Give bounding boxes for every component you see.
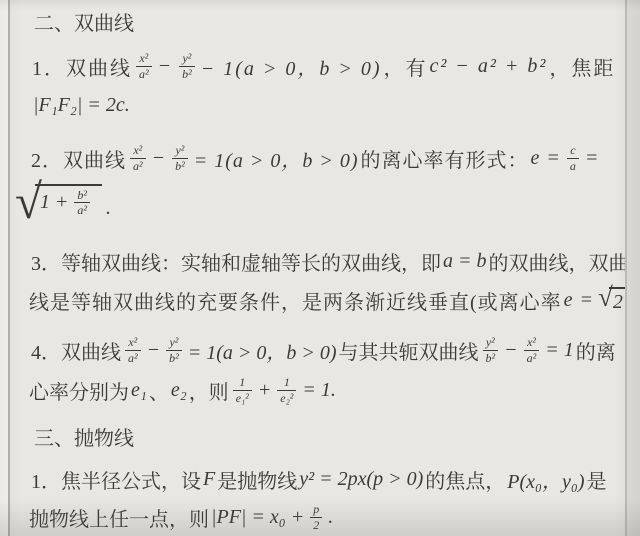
math-run: − [145,339,163,362]
math-run: 1 + [38,191,71,214]
fraction-numerator: c [567,144,578,158]
math-run: e₂ [169,379,189,402]
text-run: 3．等轴双曲线：实轴和虚轴等长的双曲线，即 [31,247,441,276]
math-run: |PF| = x₀ + [209,506,306,529]
text-run: 心率分别为 [29,376,129,405]
fraction-numerator: x² [125,336,140,350]
math-run: = 1. [300,379,338,402]
fraction-denominator: a [567,158,579,173]
fraction: x²a² [125,336,141,365]
fraction: x²a² [136,52,152,81]
fraction-denominator: e₁² [233,390,252,405]
math-run: a = b [441,250,489,273]
text-run: 线是等轴双曲线的充要条件，是两条渐近线垂直(或离心率 [29,286,562,315]
text-run: 的焦点， [425,465,505,494]
math-run: − [150,147,169,170]
radical-icon: √ [15,177,42,226]
item1-line1: 1．双曲线x²a²−y²b²− 1(a > 0，b > 0)，有c² − a² … [32,44,615,88]
fraction: 1e₂² [277,376,296,405]
item4-line1: 4．双曲线x²a²−y²b²= 1(a > 0，b > 0)与其共轭双曲线y²b… [31,328,616,372]
text-run: 、 [149,376,169,405]
math-run: y² = 2px(p > 0) [297,468,425,491]
item1-line2: |F₁F₂| = 2c. [31,87,132,123]
item5-line2: 抛物线上任一点，则|PF| = x₀ +p2. [29,495,335,536]
math-run: − 1(a > 0，b > 0) [199,52,384,81]
fraction: 1e₁² [233,376,252,405]
item5-line1: 1．焦半径公式，设F是抛物线y² = 2px(p > 0)的焦点，P(x₀，y₀… [31,461,606,497]
math-run: − [502,339,520,362]
document-body: 二、双曲线1．双曲线x²a²−y²b²− 1(a > 0，b > 0)，有c² … [0,0,640,536]
page-right-margin [627,0,640,536]
fraction-numerator: y² [179,52,194,66]
fraction-denominator: a² [136,66,152,81]
fraction-denominator: b² [483,350,499,365]
item3-line2: 线是等轴双曲线的充要条件，是两条渐近线垂直(或离心率e =√2). [29,282,640,318]
fraction-denominator: 2 [310,517,322,532]
item2-line1: 2．双曲线x²a²−y²b²= 1(a > 0，b > 0)的离心率有形式：e … [31,136,601,180]
fraction-denominator: b² [179,66,195,81]
fraction: p2 [310,503,322,532]
fraction-denominator: b² [172,158,188,173]
fraction-denominator: e₂² [277,390,296,405]
math-run: = 1(a > 0，b > 0) [192,144,361,173]
text-run: 与其共轭双曲线 [339,336,479,365]
fraction: y²b² [166,336,182,365]
math-run: . [104,197,113,220]
fraction-numerator: y² [483,336,498,350]
fraction-numerator: x² [130,144,145,158]
fraction-denominator: a² [524,350,540,365]
heading-parabola: 三、抛物线 [34,418,134,454]
photo-page: 二、双曲线1．双曲线x²a²−y²b²− 1(a > 0，b > 0)，有c² … [0,0,640,536]
fraction: ca [567,144,579,173]
radicand: 1 +b²a² [35,184,102,218]
text-run: 的离 [576,336,616,365]
math-run: F [201,468,217,491]
text-run: 三、抛物线 [34,422,134,451]
fraction: x²a² [524,336,540,365]
radical-icon: √ [598,283,613,310]
fraction-numerator: b² [74,189,90,203]
math-run: 2 [611,291,626,314]
fraction: x²a² [130,144,146,173]
fraction: y²b² [179,52,195,81]
fraction-numerator: 1 [236,376,248,390]
fraction-numerator: 1 [281,376,293,390]
text-run: ，则 [189,376,229,405]
fraction: b²a² [74,189,90,218]
fraction-numerator: x² [136,52,151,66]
fraction-numerator: x² [524,336,539,350]
item4-line2: 心率分别为e₁、e₂，则1e₁²+1e₂²= 1. [29,368,338,412]
item2-line2: √1 +b²a². [13,183,113,233]
text-run: 的双曲线，双曲 [489,247,629,276]
math-run: = 1 [543,339,576,362]
fraction-denominator: a² [125,350,141,365]
text-run: 2．双曲线 [31,144,126,173]
math-run: − [156,55,176,78]
fraction-numerator: p [310,503,322,517]
text-run: 二、双曲线 [34,7,134,36]
math-run: = [583,147,602,170]
text-run: 抛物线上任一点，则 [29,503,209,532]
text-run: 是 [586,465,606,494]
square-root: √1 +b²a² [15,184,102,233]
math-run: c² − a² + b² [428,55,550,78]
fraction-denominator: a² [130,158,146,173]
fraction-denominator: b² [166,350,182,365]
heading-hyperbola: 二、双曲线 [34,3,134,39]
math-run: e = [562,289,596,312]
item3-line1: 3．等轴双曲线：实轴和虚轴等长的双曲线，即a = b的双曲线，双曲 [31,243,629,279]
math-run: = 1(a > 0，b > 0) [186,336,339,365]
math-run: + [256,379,274,402]
text-run: 1．双曲线 [32,52,132,81]
fraction-numerator: y² [172,144,187,158]
fraction: y²b² [172,144,188,173]
text-run: 1．焦半径公式，设 [31,465,201,494]
math-run: P(x₀，y₀) [505,465,586,494]
text-run: ，有 [384,52,428,81]
text-run: 4．双曲线 [31,336,121,365]
math-run: e₁ [129,379,149,402]
math-run: . [326,506,335,529]
fraction: y²b² [483,336,499,365]
fraction-denominator: a² [74,202,90,217]
text-run: 的离心率有形式： [361,144,529,173]
math-run: e = [529,147,563,170]
fraction-numerator: y² [166,336,181,350]
text-run: ，焦距 [549,52,615,81]
math-run: |F₁F₂| = 2c. [31,94,132,117]
text-run: 是抛物线 [217,465,297,494]
